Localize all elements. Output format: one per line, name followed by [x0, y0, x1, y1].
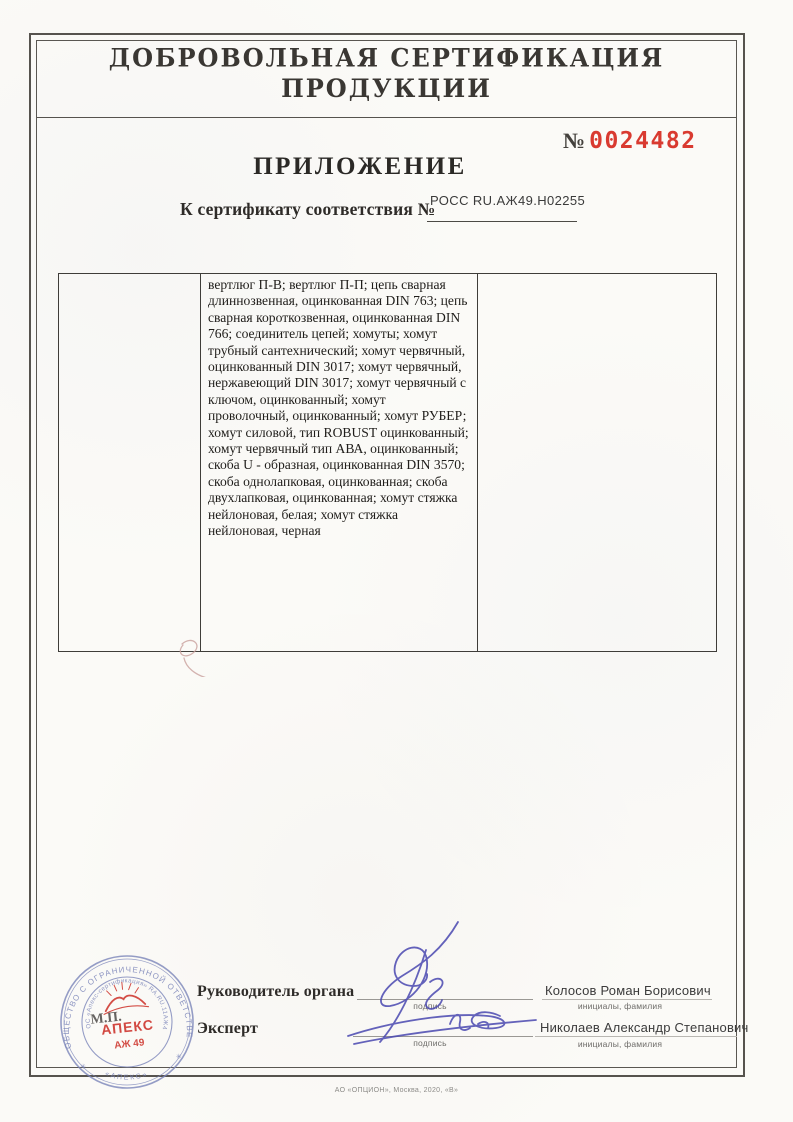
certificate-number-underline	[427, 221, 577, 222]
form-serial-number: № 0024482	[563, 128, 697, 154]
banner-separator-line	[37, 117, 736, 118]
name-line-2	[535, 1036, 737, 1037]
products-table: вертлюг П-В; вертлюг П-П; цепь сварная д…	[58, 273, 717, 652]
number-sign: №	[563, 128, 585, 153]
serial-number-value: 0024482	[589, 128, 696, 154]
table-cell-right	[478, 274, 716, 651]
name-line-1	[542, 999, 712, 1000]
document-banner-title: ДОБРОВОЛЬНАЯ СЕРТИФИКАЦИЯ ПРОДУКЦИИ	[36, 43, 737, 104]
signature-stroke-head-tail	[426, 979, 443, 1009]
stamp-outer-ring-text: ОБЩЕСТВО С ОГРАНИЧЕННОЙ ОТВЕТСТВЕННОСТЬЮ	[39, 934, 195, 1054]
printer-imprint: АО «ОПЦИОН», Москва, 2020, «В»	[0, 1087, 793, 1094]
table-cell-left	[59, 274, 201, 651]
stamp-asterisk-right: ✳	[176, 1052, 183, 1061]
certificate-reference-label: К сертификату соответствия №	[180, 199, 435, 220]
signer-name-2: Николаев Александр Степанович	[540, 1020, 749, 1035]
table-cell-products: вертлюг П-В; вертлюг П-П; цепь сварная д…	[201, 274, 478, 651]
pen-squiggle-mark	[168, 632, 218, 677]
handwritten-signatures	[330, 920, 560, 1060]
signature-stroke-head	[381, 922, 458, 1006]
stamp-asterisk-left: ✳	[80, 1063, 87, 1072]
name-caption-2: инициалы, фамилия	[560, 1039, 680, 1049]
appendix-title: ПРИЛОЖЕНИЕ	[160, 153, 560, 181]
signer-name-1: Колосов Роман Борисович	[545, 983, 711, 998]
certificate-number: РОСС RU.АЖ49.Н02255	[430, 193, 585, 208]
stamp-org-code: АЖ 49	[114, 1037, 146, 1051]
name-caption-1: инициалы, фамилия	[560, 1001, 680, 1011]
product-list-text: вертлюг П-В; вертлюг П-П; цепь сварная д…	[201, 274, 477, 540]
certification-stamp: ОБЩЕСТВО С ОГРАНИЧЕННОЙ ОТВЕТСТВЕННОСТЬЮ…	[39, 934, 215, 1110]
stamp-bottom-ring-text: «АПЕКС»	[103, 1066, 149, 1084]
